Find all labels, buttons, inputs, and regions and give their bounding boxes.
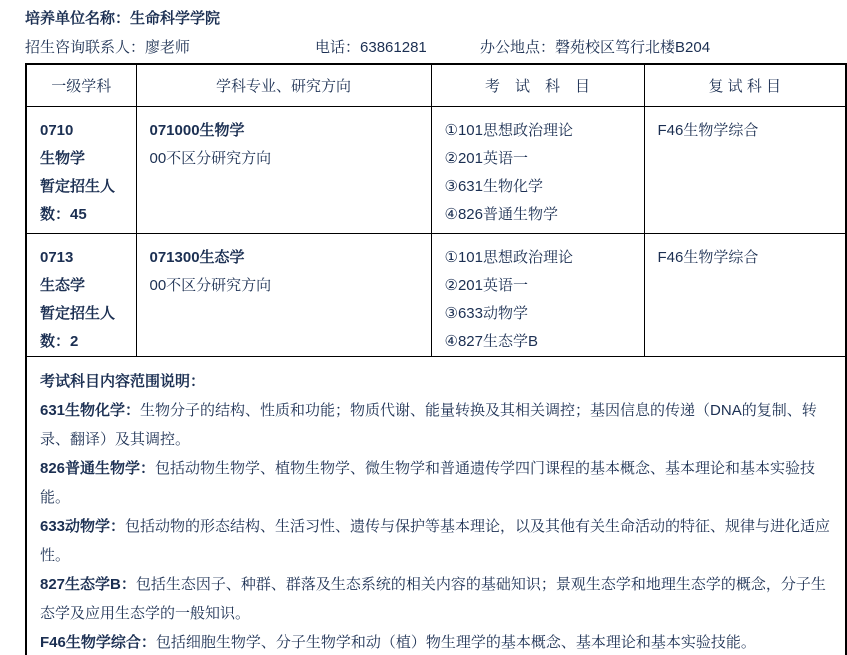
contact-segment: 招生咨询联系人：廖老师 [25,38,315,58]
note-item-631: 631生物化学：生物分子的结构、性质和功能；物质代谢、能量转换及其相关调控；基因… [40,396,833,454]
office-value: 磬苑校区笃行北楼B204 [555,39,710,56]
document: 培养单位名称：生命科学学院 招生咨询联系人：廖老师 电话：63861281 办公… [25,0,845,655]
column-header-retest-subjects: 复 试 科 目 [644,64,846,106]
exam-subject-3: ③633动物学 [445,300,632,328]
retest-subject: F46生物学综合 [658,244,834,272]
exam-subject-3: ③631生物化学 [445,173,632,201]
enrollment-line-2: 数：2 [40,328,124,356]
note-item-633: 633动物学：包括动物的形态结构、生活习性、遗传与保护等基本理论，以及其他有关生… [40,512,833,570]
contact-value: 廖老师 [145,39,190,56]
note-label: 631生物化学： [40,402,140,419]
column-header-discipline: 一级学科 [26,64,136,106]
contact-info-line: 招生咨询联系人：廖老师 电话：63861281 办公地点：磬苑校区笃行北楼B20… [25,38,845,58]
discipline-code: 0713 [40,244,124,272]
discipline-name: 生物学 [40,145,124,173]
research-direction: 00不区分研究方向 [150,272,419,300]
note-text: 包括生态因子、种群、群落及生态系统的相关内容的基础知识；景观生态学和地理生态学的… [40,576,826,622]
major-cell: 071000生物学 00不区分研究方向 [136,106,431,233]
exam-subjects-cell: ①101思想政治理论 ②201英语一 ③633动物学 ④827生态学B [431,233,644,356]
table-row: 0710 生物学 暂定招生人 数：45 071000生物学 00不区分研究方向 … [26,106,846,233]
notes-title: 考试科目内容范围说明： [40,367,833,396]
note-text: 包括动物的形态结构、生活习性、遗传与保护等基本理论，以及其他有关生命活动的特征、… [40,518,830,564]
exam-subject-4: ④826普通生物学 [445,201,632,229]
unit-name-value: 生命科学学院 [130,10,220,27]
exam-subject-2: ②201英语一 [445,272,632,300]
research-direction: 00不区分研究方向 [150,145,419,173]
note-item-f46: F46生物学综合：包括细胞生物学、分子生物学和动（植）物生理学的基本概念、基本理… [40,628,833,655]
enrollment-line-1: 暂定招生人 [40,300,124,328]
discipline-cell: 0713 生态学 暂定招生人 数：2 [26,233,136,356]
note-label: 633动物学： [40,518,125,535]
note-text: 包括动物生物学、植物生物学、微生物学和普通遗传学四门课程的基本概念、基本理论和基… [40,460,815,506]
note-label: 826普通生物学： [40,460,155,477]
admissions-table: 一级学科 学科专业、研究方向 考 试 科 目 复 试 科 目 0710 生物学 … [25,63,847,655]
table-row: 0713 生态学 暂定招生人 数：2 071300生态学 00不区分研究方向 ①… [26,233,846,356]
office-segment: 办公地点：磬苑校区笃行北楼B204 [480,38,845,58]
note-item-826: 826普通生物学：包括动物生物学、植物生物学、微生物学和普通遗传学四门课程的基本… [40,454,833,512]
enrollment-line-1: 暂定招生人 [40,173,124,201]
note-item-827: 827生态学B：包括生态因子、种群、群落及生态系统的相关内容的基础知识；景观生态… [40,570,833,628]
major-code: 071000生物学 [150,117,419,145]
column-header-exam-subjects: 考 试 科 目 [431,64,644,106]
exam-subject-1: ①101思想政治理论 [445,117,632,145]
note-text: 生物分子的结构、性质和功能；物质代谢、能量转换及其相关调控；基因信息的传递（DN… [40,402,817,448]
note-label: F46生物学综合： [40,634,156,651]
retest-subject: F46生物学综合 [658,117,834,145]
office-label: 办公地点： [480,39,555,56]
note-text: 包括细胞生物学、分子生物学和动（植）物生理学的基本概念、基本理论和基本实验技能。 [156,634,756,651]
discipline-code: 0710 [40,117,124,145]
unit-name-label: 培养单位名称： [25,10,130,27]
note-label: 827生态学B： [40,576,136,593]
exam-subjects-cell: ①101思想政治理论 ②201英语一 ③631生物化学 ④826普通生物学 [431,106,644,233]
column-header-major-direction: 学科专业、研究方向 [136,64,431,106]
discipline-cell: 0710 生物学 暂定招生人 数：45 [26,106,136,233]
retest-subject-cell: F46生物学综合 [644,106,846,233]
exam-subject-1: ①101思想政治理论 [445,244,632,272]
discipline-name: 生态学 [40,272,124,300]
phone-segment: 电话：63861281 [315,38,480,58]
notes-row: 考试科目内容范围说明： 631生物化学：生物分子的结构、性质和功能；物质代谢、能… [26,356,846,655]
contact-label: 招生咨询联系人： [25,39,145,56]
enrollment-line-2: 数：45 [40,201,124,229]
exam-subject-2: ②201英语一 [445,145,632,173]
table-header-row: 一级学科 学科专业、研究方向 考 试 科 目 复 试 科 目 [26,64,846,106]
retest-subject-cell: F46生物学综合 [644,233,846,356]
exam-subject-4: ④827生态学B [445,328,632,356]
phone-label: 电话： [315,39,360,56]
unit-title-line: 培养单位名称：生命科学学院 [25,0,845,29]
notes-section: 考试科目内容范围说明： 631生物化学：生物分子的结构、性质和功能；物质代谢、能… [26,356,846,655]
major-code: 071300生态学 [150,244,419,272]
major-cell: 071300生态学 00不区分研究方向 [136,233,431,356]
phone-value: 63861281 [360,39,427,56]
